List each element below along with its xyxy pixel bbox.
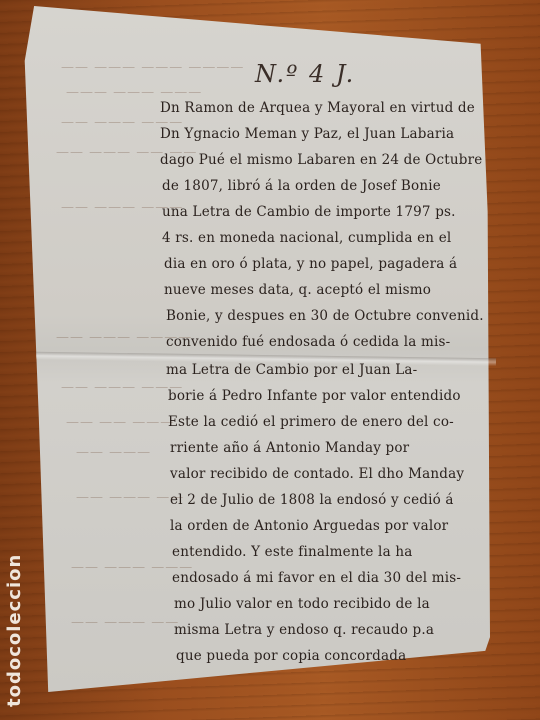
- manuscript-line: la orden de Antonio Arguedas por valor: [170, 518, 448, 534]
- manuscript-line: Bonie, y despues en 30 de Octubre conven…: [166, 308, 484, 324]
- bleed-through-text: —— ——— ——: [70, 615, 178, 630]
- manuscript-line: nueve meses data, q. aceptó el mismo: [164, 282, 431, 298]
- manuscript-line: rriente año á Antonio Manday por: [170, 440, 409, 456]
- manuscript-line: Dn Ygnacio Meman y Paz, el Juan Labaria: [160, 126, 454, 142]
- todocoleccion-watermark: todocoleccion: [4, 545, 30, 715]
- manuscript-line: convenido fué endosada ó cedida la mis-: [166, 334, 450, 350]
- bleed-through-text: ———— ——— ——— ——: [60, 60, 243, 75]
- manuscript-line: mo Julio valor en todo recibido de la: [174, 596, 430, 612]
- manuscript-line: borie á Pedro Infante por valor entendid…: [168, 388, 461, 404]
- manuscript-line: el 2 de Julio de 1808 la endosó y cedió …: [170, 492, 454, 508]
- document-heading: N.º 4 J.: [255, 60, 355, 88]
- manuscript-line: dia en oro ó plata, y no papel, pagadera…: [164, 256, 457, 272]
- manuscript-line: ma Letra de Cambio por el Juan La-: [166, 362, 417, 378]
- manuscript-line: entendido. Y este finalmente la ha: [172, 544, 412, 560]
- manuscript-line: de 1807, libró á la orden de Josef Bonie: [162, 178, 441, 194]
- manuscript-line: dago Pué el mismo Labaren en 24 de Octub…: [160, 152, 482, 168]
- bleed-through-text: —— ——— ——: [75, 490, 183, 505]
- manuscript-line: 4 rs. en moneda nacional, cumplida en el: [162, 230, 451, 246]
- bleed-through-text: ——— ——— ———: [65, 85, 201, 100]
- bleed-through-text: ——— ——— ——: [60, 380, 182, 395]
- bleed-through-text: ——— ——: [75, 445, 150, 460]
- manuscript-line: misma Letra y endoso q. recaudo p.a: [174, 622, 434, 638]
- manuscript-line: Este la cedió el primero de enero del co…: [168, 414, 454, 430]
- manuscript-line: endosado á mi favor en el dia 30 del mis…: [172, 570, 461, 586]
- manuscript-line: que pueda por copia concordada: [176, 648, 406, 664]
- manuscript-line: Dn Ramon de Arquea y Mayoral en virtud d…: [160, 100, 475, 116]
- manuscript-line: valor recibido de contado. El dho Manday: [170, 466, 464, 482]
- bleed-through-text: ——— —— ——: [65, 415, 173, 430]
- manuscript-line: una Letra de Cambio de importe 1797 ps.: [162, 204, 456, 220]
